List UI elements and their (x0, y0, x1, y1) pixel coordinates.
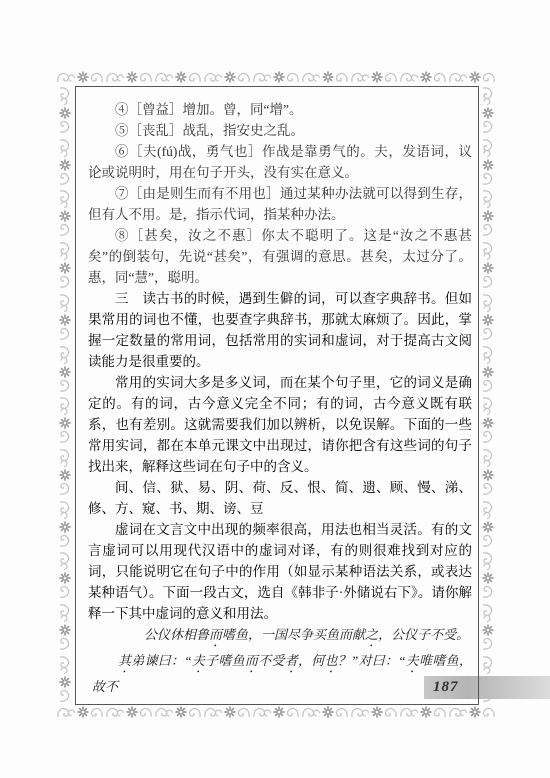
scroll-ornament-tile (301, 69, 349, 85)
scroll-ornament-tile (480, 396, 496, 444)
emphasized-word: 而 (209, 627, 222, 642)
scroll-ornament-tile (105, 704, 153, 720)
scroll-ornament-tile (57, 448, 73, 496)
emphasized-word: 而 (245, 653, 258, 668)
emphasized-word: 者 (285, 653, 298, 668)
quote-text: 嗜鱼，一国尽争买鱼而献 (222, 627, 365, 642)
scroll-ornament-tile (203, 69, 251, 85)
decorative-border-left (57, 86, 74, 703)
paragraph-shici: 常用的实词大多是多义词，而在某个句子里，它的词义是确定的。有的词，古今意义完全不… (88, 372, 472, 477)
quote-text: 公仪休相鲁 (144, 627, 209, 642)
note-item-7: ⑦［由是则生而有不用也］通过某种办法就可以得到生存，但有人不用。是，指示代词，指… (88, 183, 472, 225)
scroll-ornament-tile (252, 704, 300, 720)
scroll-ornament-tile (57, 189, 73, 237)
scroll-ornament-tile (480, 189, 496, 237)
scroll-ornament-tile (480, 293, 496, 341)
scroll-ornament-tile (57, 293, 73, 341)
classical-quote-block: 公仪休相鲁而嗜鱼，一国尽争买鱼而献之，公仪子不受。 其弟谏曰：“夫子嗜鱼而不受者… (88, 624, 472, 698)
scroll-ornament-tile (480, 603, 496, 651)
quote-text: 子嗜鱼 (205, 653, 245, 668)
scroll-ornament-tile (57, 86, 73, 134)
scroll-ornament-tile (399, 69, 447, 85)
quote-text: 弟谏曰：“ (131, 653, 191, 668)
scroll-ornament-tile (57, 551, 73, 599)
quote-text: ，何 (298, 653, 325, 668)
scroll-ornament-tile (57, 655, 73, 703)
word-list: 间、信、狱、易、阴、荷、反、恨、简、遗、顾、慢、涕、修、方、窥、书、期、谤、豆 (88, 477, 472, 519)
emphasized-word: 夫 (192, 653, 206, 668)
paragraph-exercise-3: 三 读古书的时候，遇到生僻的词，可以查字典辞书。但如果常用的词也不懂，也要查字典… (88, 288, 472, 372)
quote-text: ？”对曰：“ (338, 653, 406, 668)
emphasized-word: 夫 (406, 653, 420, 668)
scroll-ornament-tile (448, 704, 496, 720)
emphasized-word: 也 (324, 653, 337, 668)
scroll-ornament-tile (480, 241, 496, 289)
quote-line-1: 公仪休相鲁而嗜鱼，一国尽争买鱼而献之，公仪子不受。 (88, 624, 472, 650)
scroll-ornament-tile (56, 69, 104, 85)
emphasized-word: 其 (118, 653, 131, 668)
scroll-ornament-tile (57, 500, 73, 548)
decorative-border-bottom (56, 704, 496, 721)
scroll-ornament-tile (203, 704, 251, 720)
scroll-ornament-tile (154, 704, 202, 720)
scroll-ornament-tile (480, 138, 496, 186)
scroll-ornament-tile (57, 138, 73, 186)
note-item-8: ⑧［甚矣，汝之不惠］你太不聪明了。这是“汝之不惠甚矣”的倒装句，先说“甚矣”，有… (88, 225, 472, 288)
paragraph-xuci: 虚词在文言文中出现的频率很高，用法也相当灵活。有的文言虚词可以用现代汉语中的虚词… (88, 519, 472, 624)
scroll-ornament-tile (57, 396, 73, 444)
quote-line-2: 其弟谏曰：“夫子嗜鱼而不受者，何也？”对曰：“夫唯嗜鱼，故不 (88, 650, 472, 698)
scroll-ornament-tile (301, 704, 349, 720)
scroll-ornament-tile (399, 704, 447, 720)
quote-text: ，公仪子不受。 (378, 627, 469, 642)
emphasized-word: 之 (365, 627, 378, 642)
scroll-ornament-tile (350, 69, 398, 85)
scroll-ornament-tile (252, 69, 300, 85)
note-item-4: ④［曾益］增加。曾，同“增”。 (88, 99, 472, 120)
scroll-ornament-tile (480, 551, 496, 599)
book-page: 187 ④［曾益］增加。曾，同“增”。 ⑤［丧乱］战乱，指安史之乱。 ⑥［夫(f… (0, 0, 550, 778)
scroll-ornament-tile (57, 345, 73, 393)
scroll-ornament-tile (480, 345, 496, 393)
scroll-ornament-tile (57, 241, 73, 289)
scroll-ornament-tile (56, 704, 104, 720)
scroll-ornament-tile (105, 69, 153, 85)
scroll-ornament-tile (57, 603, 73, 651)
scroll-ornament-tile (350, 704, 398, 720)
scroll-ornament-tile (154, 69, 202, 85)
scroll-ornament-tile (448, 69, 496, 85)
text-content: ④［曾益］增加。曾，同“增”。 ⑤［丧乱］战乱，指安史之乱。 ⑥［夫(fú)战，… (88, 99, 472, 698)
note-item-5: ⑤［丧乱］战乱，指安史之乱。 (88, 120, 472, 141)
scroll-ornament-tile (480, 86, 496, 134)
note-item-6: ⑥［夫(fú)战，勇气也］作战是靠勇气的。夫，发语词，议论或说明时，用在句子开头… (88, 141, 472, 183)
scroll-ornament-tile (480, 448, 496, 496)
quote-text: 不受 (258, 653, 285, 668)
decorative-border-top (56, 69, 496, 86)
decorative-border-right (480, 86, 497, 703)
scroll-ornament-tile (480, 500, 496, 548)
